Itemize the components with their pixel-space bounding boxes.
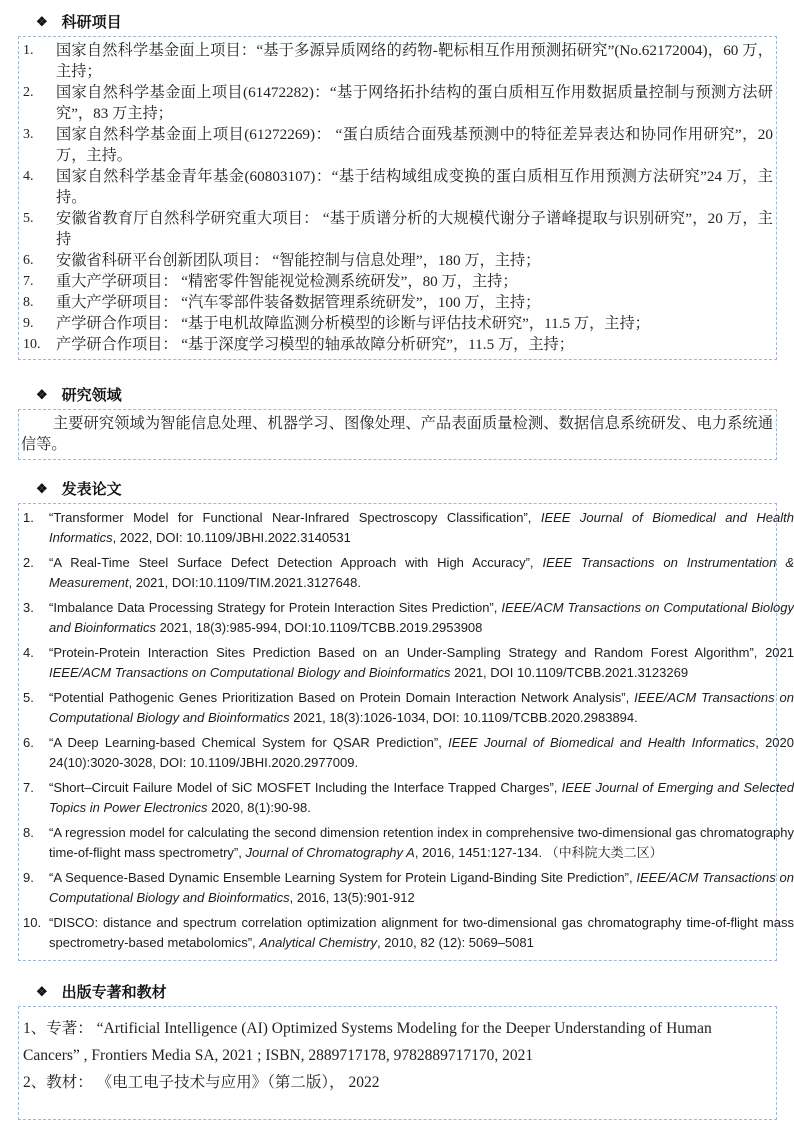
book-line: 2、教材： 《电工电子技术与应用》（第二版）， 2022 — [23, 1069, 772, 1096]
paper-text: 2020, 8(1):90-98. — [207, 800, 310, 815]
section-title-areas: 研究领域 — [62, 384, 122, 405]
list-item: 6.安徽省科研平台创新团队项目： “智能控制与信息处理”，180 万，主持； — [19, 250, 776, 271]
list-item: 10.产学研合作项目： “基于深度学习模型的轴承故障分析研究”，11.5 万，主… — [19, 334, 776, 355]
list-item: 1.国家自然科学基金面上项目：“基于多源异质网络的药物-靶标相互作用预测拓研究”… — [19, 40, 776, 82]
item-text: 重大产学研项目： “精密零件智能视觉检测系统研发”，80 万，主持； — [56, 271, 776, 292]
paper-text: , 2016, 13(5):901-912 — [290, 890, 415, 905]
list-item: 5.“Potential Pathogenic Genes Prioritiza… — [19, 688, 776, 728]
list-item: 8.重大产学研项目： “汽车零部件装备数据管理系统研发”，100 万，主持； — [19, 292, 776, 313]
item-text: “A Sequence-Based Dynamic Ensemble Learn… — [49, 868, 794, 908]
journal-name: Analytical Chemistry — [259, 935, 377, 950]
section-heading-books: ❖ 出版专著和教材 — [36, 981, 794, 1002]
papers-box: 1.“Transformer Model for Functional Near… — [18, 503, 777, 961]
paper-text: 2021, 18(3):1026-1034, DOI: 10.1109/TCBB… — [290, 710, 638, 725]
section-heading-areas: ❖ 研究领域 — [36, 384, 794, 405]
diamond-bullet-icon: ❖ — [36, 984, 48, 1000]
item-number: 8. — [19, 292, 56, 313]
item-number: 3. — [19, 124, 56, 166]
list-item: 4.“Protein-Protein Interaction Sites Pre… — [19, 643, 776, 683]
item-number: 9. — [19, 868, 49, 908]
item-text: 重大产学研项目： “汽车零部件装备数据管理系统研发”，100 万，主持； — [56, 292, 776, 313]
section-heading-projects: ❖ 科研项目 — [36, 11, 794, 32]
section-title-papers: 发表论文 — [62, 478, 122, 499]
item-text: “A regression model for calculating the … — [49, 823, 794, 863]
research-areas-box: 主要研究领域为智能信息处理、机器学习、图像处理、产品表面质量检测、数据信息系统研… — [18, 409, 777, 460]
item-number: 10. — [19, 334, 56, 355]
list-item: 9.产学研合作项目： “基于电机故障监测分析模型的诊断与评估技术研究”，11.5… — [19, 313, 776, 334]
paper-text: , 2010, 82 (12): 5069–5081 — [377, 935, 534, 950]
paper-text: “Imbalance Data Processing Strategy for … — [49, 600, 501, 615]
item-number: 10. — [19, 913, 49, 953]
paper-text: , 2022, DOI: 10.1109/JBHI.2022.3140531 — [113, 530, 351, 545]
item-text: “DISCO: distance and spectrum correlatio… — [49, 913, 794, 953]
section-title-projects: 科研项目 — [62, 11, 122, 32]
paper-text: , 2021, DOI:10.1109/TIM.2021.3127648. — [128, 575, 360, 590]
item-number: 9. — [19, 313, 56, 334]
journal-name: IEEE Journal of Biomedical and Health In… — [448, 735, 755, 750]
list-item: 7.“Short–Circuit Failure Model of SiC MO… — [19, 778, 776, 818]
item-number: 5. — [19, 688, 49, 728]
item-text: 国家自然科学基金面上项目：“基于多源异质网络的药物-靶标相互作用预测拓研究”(N… — [56, 40, 776, 82]
item-text: “Protein-Protein Interaction Sites Predi… — [49, 643, 794, 683]
list-item: 10.“DISCO: distance and spectrum correla… — [19, 913, 776, 953]
research-areas-text: 主要研究领域为智能信息处理、机器学习、图像处理、产品表面质量检测、数据信息系统研… — [21, 413, 773, 455]
paper-text: “Transformer Model for Functional Near-I… — [49, 510, 541, 525]
paper-text: “A Sequence-Based Dynamic Ensemble Learn… — [49, 870, 636, 885]
section-heading-papers: ❖ 发表论文 — [36, 478, 794, 499]
item-text: 安徽省教育厅自然科学研究重大项目： “基于质谱分析的大规模代谢分子谱峰提取与识别… — [56, 208, 776, 250]
item-number: 6. — [19, 733, 49, 773]
item-number: 4. — [19, 643, 49, 683]
diamond-bullet-icon: ❖ — [36, 481, 48, 497]
papers-list: 1.“Transformer Model for Functional Near… — [19, 508, 776, 953]
item-text: 国家自然科学基金面上项目(61272269)： “蛋白质结合面残基预测中的特征差… — [56, 124, 776, 166]
item-number: 3. — [19, 598, 49, 638]
list-item: 7.重大产学研项目： “精密零件智能视觉检测系统研发”，80 万，主持； — [19, 271, 776, 292]
diamond-bullet-icon: ❖ — [36, 14, 48, 30]
list-item: 3.“Imbalance Data Processing Strategy fo… — [19, 598, 776, 638]
list-item: 5.安徽省教育厅自然科学研究重大项目： “基于质谱分析的大规模代谢分子谱峰提取与… — [19, 208, 776, 250]
item-text: 产学研合作项目： “基于电机故障监测分析模型的诊断与评估技术研究”，11.5 万… — [56, 313, 776, 334]
item-text: 产学研合作项目： “基于深度学习模型的轴承故障分析研究”，11.5 万，主持； — [56, 334, 776, 355]
item-text: “Transformer Model for Functional Near-I… — [49, 508, 794, 548]
item-text: 安徽省科研平台创新团队项目： “智能控制与信息处理”，180 万，主持； — [56, 250, 776, 271]
item-number: 1. — [19, 508, 49, 548]
paper-text: “Short–Circuit Failure Model of SiC MOSF… — [49, 780, 562, 795]
list-item: 4.国家自然科学基金青年基金(60803107)：“基于结构域组成变换的蛋白质相… — [19, 166, 776, 208]
paper-text: “A Real-Time Steel Surface Defect Detect… — [49, 555, 542, 570]
list-item: 2.“A Real-Time Steel Surface Defect Dete… — [19, 553, 776, 593]
list-item: 1.“Transformer Model for Functional Near… — [19, 508, 776, 548]
book-line: 1、专著： “Artificial Intelligence (AI) Opti… — [23, 1015, 772, 1069]
paper-text: 2021, DOI 10.1109/TCBB.2021.3123269 — [451, 665, 689, 680]
list-item: 9.“A Sequence-Based Dynamic Ensemble Lea… — [19, 868, 776, 908]
books-list: 1、专著： “Artificial Intelligence (AI) Opti… — [23, 1015, 772, 1096]
list-item: 3.国家自然科学基金面上项目(61272269)： “蛋白质结合面残基预测中的特… — [19, 124, 776, 166]
section-title-books: 出版专著和教材 — [62, 981, 167, 1002]
item-text: 国家自然科学基金面上项目(61472282)：“基于网络拓扑结构的蛋白质相互作用… — [56, 82, 776, 124]
list-item: 2.国家自然科学基金面上项目(61472282)：“基于网络拓扑结构的蛋白质相互… — [19, 82, 776, 124]
diamond-bullet-icon: ❖ — [36, 387, 48, 403]
item-number: 2. — [19, 82, 56, 124]
item-number: 5. — [19, 208, 56, 250]
item-text: 国家自然科学基金青年基金(60803107)：“基于结构域组成变换的蛋白质相互作… — [56, 166, 776, 208]
item-number: 1. — [19, 40, 56, 82]
item-number: 7. — [19, 271, 56, 292]
item-text: “A Real-Time Steel Surface Defect Detect… — [49, 553, 794, 593]
list-item: 8.“A regression model for calculating th… — [19, 823, 776, 863]
item-number: 6. — [19, 250, 56, 271]
paper-text: , 2016, 1451:127-134. （中科院大类二区） — [415, 845, 663, 860]
item-number: 7. — [19, 778, 49, 818]
item-text: “Imbalance Data Processing Strategy for … — [49, 598, 794, 638]
paper-text: “A Deep Learning-based Chemical System f… — [49, 735, 448, 750]
item-number: 2. — [19, 553, 49, 593]
document-page: ❖ 科研项目 1.国家自然科学基金面上项目：“基于多源异质网络的药物-靶标相互作… — [0, 0, 794, 1123]
item-number: 4. — [19, 166, 56, 208]
paper-text: “Potential Pathogenic Genes Prioritizati… — [49, 690, 634, 705]
projects-list: 1.国家自然科学基金面上项目：“基于多源异质网络的药物-靶标相互作用预测拓研究”… — [19, 40, 776, 355]
journal-name: Journal of Chromatography A — [246, 845, 415, 860]
paper-text: 2021, 18(3):985-994, DOI:10.1109/TCBB.20… — [156, 620, 482, 635]
books-box: 1、专著： “Artificial Intelligence (AI) Opti… — [18, 1006, 777, 1120]
list-item: 6.“A Deep Learning-based Chemical System… — [19, 733, 776, 773]
item-number: 8. — [19, 823, 49, 863]
projects-box: 1.国家自然科学基金面上项目：“基于多源异质网络的药物-靶标相互作用预测拓研究”… — [18, 36, 777, 360]
paper-text: “Protein-Protein Interaction Sites Predi… — [49, 645, 794, 660]
item-text: “A Deep Learning-based Chemical System f… — [49, 733, 794, 773]
item-text: “Potential Pathogenic Genes Prioritizati… — [49, 688, 794, 728]
journal-name: IEEE/ACM Transactions on Computational B… — [49, 665, 451, 680]
item-text: “Short–Circuit Failure Model of SiC MOSF… — [49, 778, 794, 818]
